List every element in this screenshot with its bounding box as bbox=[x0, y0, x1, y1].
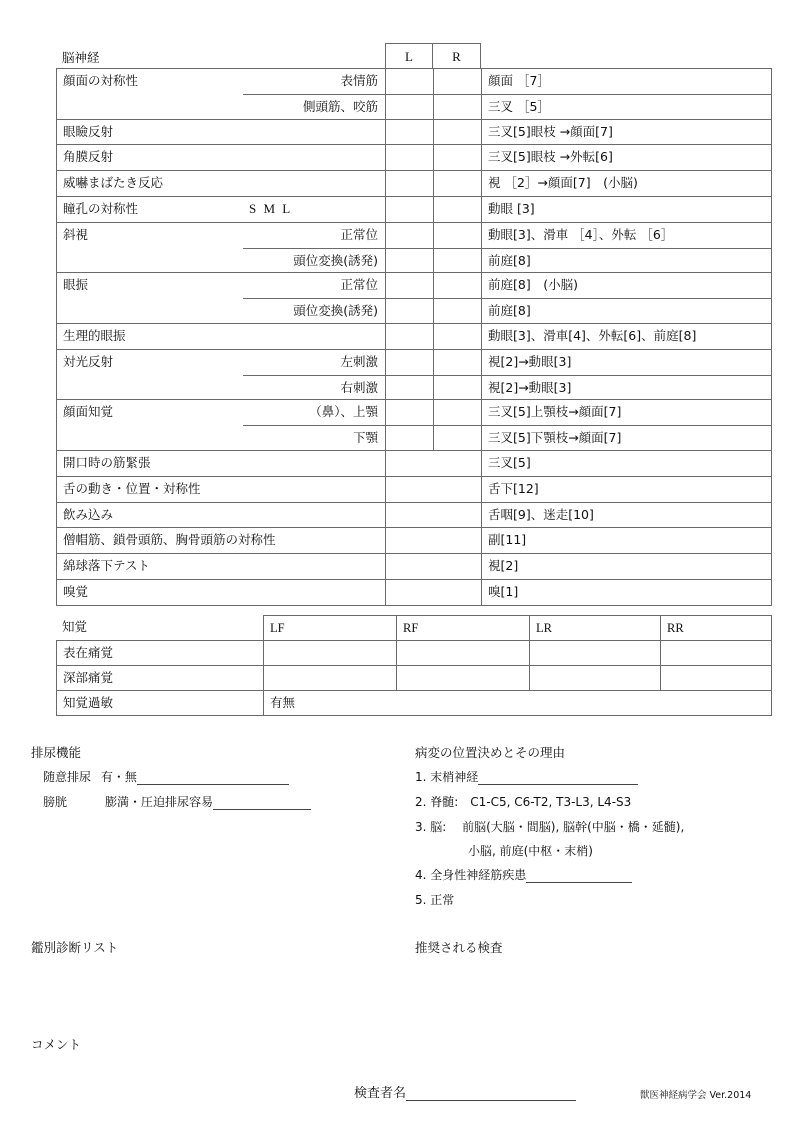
recommended-title: 推奨される検査 bbox=[415, 938, 503, 956]
result-cell-left[interactable] bbox=[385, 375, 433, 400]
nerve-note-cell: 舌下[12] bbox=[481, 477, 771, 502]
result-cell-left[interactable] bbox=[385, 223, 433, 248]
footer-credit: 獣医神経病学会 Ver.2014 bbox=[640, 1087, 751, 1101]
result-cell-left[interactable] bbox=[385, 197, 433, 222]
nerve-note-cell: 三叉[5]眼枝 →外転[6] bbox=[481, 145, 771, 170]
exam-label: 舌の動き・位置・対称性 bbox=[63, 477, 201, 501]
table-row: 瞳孔の対称性S M L動眼 [3] bbox=[57, 197, 771, 222]
exam-sub-label: 正常位 bbox=[340, 273, 378, 297]
nerve-note: 視[2]→動眼[3] bbox=[488, 376, 571, 400]
sub-label-cell: 正常位 bbox=[243, 223, 386, 248]
bladder-options[interactable]: 膨満・圧迫排尿容易 bbox=[105, 795, 213, 809]
result-cell-left[interactable] bbox=[385, 298, 433, 323]
voluntary-urination-line: 随意排尿 有・無 bbox=[43, 768, 289, 785]
column-right-header: R bbox=[432, 43, 481, 68]
table-row: 舌の動き・位置・対称性舌下[12] bbox=[57, 477, 771, 502]
exam-group: 威嚇まばたき反応視 ［2］→顔面[7] (小脳) bbox=[56, 171, 772, 197]
nerve-note: 前庭[8] bbox=[488, 249, 531, 273]
exam-group: 対光反射左刺激視[2]→動眼[3]右刺激視[2]→動眼[3] bbox=[56, 350, 772, 401]
exam-sub-label: 頭位変換(誘発) bbox=[293, 249, 378, 273]
exam-group: 生理的眼振動眼[3]、滑車[4]、外転[6]、前庭[8] bbox=[56, 324, 772, 350]
nerve-note: 動眼 [3] bbox=[488, 197, 535, 221]
exam-label: 綿球落下テスト bbox=[63, 554, 150, 578]
cell-lr[interactable] bbox=[529, 665, 660, 690]
exam-group: 開口時の筋緊張三叉[5] bbox=[56, 451, 772, 477]
exam-group: 僧帽筋、鎖骨頭筋、胸骨頭筋の対称性副[11] bbox=[56, 528, 772, 554]
exam-group: 眼振正常位前庭[8] (小脳)頭位変換(誘発)前庭[8] bbox=[56, 273, 772, 324]
result-cell-right[interactable] bbox=[433, 94, 482, 119]
bladder-line: 膀胱膨満・圧迫排尿容易 bbox=[43, 793, 311, 810]
sub-label-cell: 頭位変換(誘発) bbox=[243, 298, 386, 323]
hyperesthesia-options: 有無 bbox=[270, 691, 295, 715]
exam-label: 僧帽筋、鎖骨頭筋、胸骨頭筋の対称性 bbox=[63, 528, 276, 552]
exam-label: 飲み込み bbox=[63, 503, 113, 527]
nerve-note-cell: 前庭[8] (小脳) bbox=[481, 273, 771, 298]
result-cell-right[interactable] bbox=[433, 298, 482, 323]
result-cell-right[interactable] bbox=[433, 223, 482, 248]
table-row: 頭位変換(誘発)前庭[8] bbox=[57, 248, 771, 273]
table-row: 嗅覚嗅[1] bbox=[57, 580, 771, 605]
table-row: 僧帽筋、鎖骨頭筋、胸骨頭筋の対称性副[11] bbox=[57, 528, 771, 553]
result-cell-right[interactable] bbox=[433, 248, 482, 273]
cell-hyperesthesia[interactable]: 有無 bbox=[263, 690, 772, 716]
exam-group: 嗅覚嗅[1] bbox=[56, 580, 772, 606]
cell-rr[interactable] bbox=[660, 665, 772, 690]
exam-group: 舌の動き・位置・対称性舌下[12] bbox=[56, 477, 772, 503]
result-cell-left[interactable] bbox=[385, 69, 433, 94]
result-cell-left[interactable] bbox=[385, 350, 433, 375]
column-left-header: L bbox=[385, 43, 433, 68]
localization-item-normal[interactable]: 5. 正常 bbox=[415, 891, 454, 908]
table-row: 角膜反射三叉[5]眼枝 →外転[6] bbox=[57, 145, 771, 170]
nerve-note: 三叉[5]眼枝 →顔面[7] bbox=[488, 120, 613, 144]
table-row: 眼瞼反射三叉[5]眼枝 →顔面[7] bbox=[57, 120, 771, 145]
localization-item-brain[interactable]: 3. 脳: 前脳(大脳・間脳), 脳幹(中脳・橋・延髄), bbox=[415, 818, 684, 835]
nerve-note-cell: 三叉 ［5］ bbox=[481, 94, 771, 119]
nerve-note: 三叉[5]上顎枝→顔面[7] bbox=[488, 400, 621, 424]
exam-sub-label: 下顎 bbox=[353, 426, 378, 450]
result-cell-left[interactable] bbox=[385, 400, 433, 425]
sub-label-cell: 正常位 bbox=[243, 273, 386, 298]
table-row: 顔面知覚（鼻）、上顎三叉[5]上顎枝→顔面[7] bbox=[57, 400, 771, 425]
result-cell-lr[interactable] bbox=[385, 554, 482, 579]
exam-label: 顔面知覚 bbox=[63, 400, 113, 424]
differential-title: 鑑別診断リスト bbox=[31, 938, 118, 956]
table-row: 顔面の対称性表情筋顔面 ［7］ bbox=[57, 69, 771, 94]
exam-group: 角膜反射三叉[5]眼枝 →外転[6] bbox=[56, 145, 772, 171]
result-cell-lr[interactable] bbox=[385, 528, 482, 553]
result-cell-left[interactable] bbox=[385, 425, 433, 450]
nerve-note: 視 ［2］→顔面[7] (小脳) bbox=[488, 171, 638, 195]
result-cell-lr[interactable] bbox=[385, 503, 482, 528]
nerve-note: 舌咽[9]、迷走[10] bbox=[488, 503, 594, 527]
nerve-note: 視[2] bbox=[488, 554, 518, 578]
exam-group: 眼瞼反射三叉[5]眼枝 →顔面[7] bbox=[56, 120, 772, 146]
sub-label-cell: 左刺激 bbox=[243, 350, 386, 375]
pupil-size-options[interactable]: S M L bbox=[249, 197, 292, 221]
exam-sub-label: 左刺激 bbox=[340, 350, 378, 374]
result-cell-right[interactable] bbox=[433, 145, 482, 170]
table-row: 斜視正常位動眼[3]、滑車 ［4］、外転 ［6］ bbox=[57, 223, 771, 248]
table-row: 対光反射左刺激視[2]→動眼[3] bbox=[57, 350, 771, 375]
result-cell-right[interactable] bbox=[433, 350, 482, 375]
table-row: 綿球落下テスト視[2] bbox=[57, 554, 771, 579]
result-cell-lr[interactable] bbox=[385, 477, 482, 502]
exam-group: 瞳孔の対称性S M L動眼 [3] bbox=[56, 197, 772, 223]
nerve-note: 舌下[12] bbox=[488, 477, 539, 501]
exam-label: 威嚇まばたき反応 bbox=[63, 171, 163, 195]
nerve-note-cell: 視[2] bbox=[481, 554, 771, 579]
cell-lf[interactable] bbox=[263, 640, 396, 665]
nerve-note: 動眼[3]、滑車[4]、外転[6]、前庭[8] bbox=[488, 324, 696, 348]
exam-group: 顔面の対称性表情筋顔面 ［7］側頭筋、咬筋三叉 ［5］ bbox=[56, 68, 772, 120]
cranial-nerve-title: 脳神経 bbox=[62, 48, 100, 66]
exam-label: 眼瞼反射 bbox=[63, 120, 113, 144]
exam-group: 顔面知覚（鼻）、上顎三叉[5]上顎枝→顔面[7]下顎三叉[5]下顎枝→顔面[7] bbox=[56, 400, 772, 451]
localization-item-systemic[interactable]: 4. 全身性神経筋疾患 bbox=[415, 866, 632, 883]
exam-sub-label: 表情筋 bbox=[340, 69, 378, 93]
cell-rf[interactable] bbox=[396, 665, 529, 690]
result-cell-left[interactable] bbox=[385, 145, 433, 170]
comment-title: コメント bbox=[31, 1035, 81, 1053]
result-cell-right[interactable] bbox=[433, 197, 482, 222]
table-row: 頭位変換(誘発)前庭[8] bbox=[57, 298, 771, 323]
result-cell-left[interactable] bbox=[385, 120, 433, 145]
urination-title: 排尿機能 bbox=[31, 743, 81, 761]
table-row: 側頭筋、咬筋三叉 ［5］ bbox=[57, 94, 771, 119]
table-row: 飲み込み舌咽[9]、迷走[10] bbox=[57, 503, 771, 528]
result-cell-right[interactable] bbox=[433, 400, 482, 425]
result-cell-lr[interactable] bbox=[385, 451, 482, 476]
cranial-nerve-body: 顔面の対称性表情筋顔面 ［7］側頭筋、咬筋三叉 ［5］眼瞼反射三叉[5]眼枝 →… bbox=[56, 68, 772, 606]
table-row: 眼振正常位前庭[8] (小脳) bbox=[57, 273, 771, 298]
sensation-row-hyperesthesia: 知覚過敏 有無 bbox=[56, 690, 772, 715]
table-row: 右刺激視[2]→動眼[3] bbox=[57, 375, 771, 400]
exam-sub-label: 側頭筋、咬筋 bbox=[303, 95, 378, 119]
row-label: 深部痛覚 bbox=[63, 666, 113, 690]
nerve-note: 三叉[5] bbox=[488, 451, 531, 475]
nerve-note-cell: 三叉[5] bbox=[481, 451, 771, 476]
nerve-note: 視[2]→動眼[3] bbox=[488, 350, 571, 374]
sub-label-cell: 頭位変換(誘発) bbox=[243, 248, 386, 273]
sub-label-cell: 下顎 bbox=[243, 425, 386, 450]
exam-label: 眼振 bbox=[63, 273, 88, 297]
result-cell-right[interactable] bbox=[433, 69, 482, 94]
sub-label-cell: 側頭筋、咬筋 bbox=[243, 94, 386, 119]
nerve-note: 三叉[5]眼枝 →外転[6] bbox=[488, 145, 613, 169]
cranial-nerve-table: 脳神経 L R 顔面の対称性表情筋顔面 ［7］側頭筋、咬筋三叉 ［5］眼瞼反射三… bbox=[56, 43, 772, 606]
table-row: 威嚇まばたき反応視 ［2］→顔面[7] (小脳) bbox=[57, 171, 771, 196]
result-cell-right[interactable] bbox=[433, 425, 482, 450]
nerve-note: 三叉 ［5］ bbox=[488, 95, 550, 119]
exam-label: 対光反射 bbox=[63, 350, 113, 374]
nerve-note-cell: 視[2]→動眼[3] bbox=[481, 350, 771, 375]
examiner-line: 検査者名 bbox=[354, 1082, 576, 1101]
nerve-note-cell: 前庭[8] bbox=[481, 298, 771, 323]
sensation-table: 知覚 LF RF LR RR 表在痛覚 深部痛覚 知覚過敏 有無 bbox=[56, 615, 772, 715]
nerve-note: 副[11] bbox=[488, 528, 526, 552]
nerve-note: 嗅[1] bbox=[488, 580, 518, 604]
exam-label: 顔面の対称性 bbox=[63, 69, 138, 93]
column-lr: LR bbox=[536, 616, 552, 640]
result-cell-right[interactable] bbox=[433, 375, 482, 400]
bladder-label: 膀胱 bbox=[43, 793, 105, 810]
item-label: 1. 末梢神経 bbox=[415, 770, 478, 784]
systemic-blank[interactable] bbox=[526, 868, 632, 883]
item-label: 4. 全身性神経筋疾患 bbox=[415, 868, 526, 882]
cell-lr[interactable] bbox=[529, 640, 660, 665]
exam-sub-label: （鼻）、上顎 bbox=[309, 400, 378, 424]
exam-label: 瞳孔の対称性 bbox=[63, 197, 138, 221]
nerve-note: 動眼[3]、滑車 ［4］、外転 ［6］ bbox=[488, 223, 673, 247]
row-label: 表在痛覚 bbox=[63, 641, 113, 665]
sensation-row-deep-pain: 深部痛覚 bbox=[56, 665, 772, 690]
cranial-nerve-header: 脳神経 L R bbox=[56, 43, 772, 68]
sub-label-cell: 表情筋 bbox=[243, 69, 386, 94]
sensation-row-superficial-pain: 表在痛覚 bbox=[56, 640, 772, 665]
column-rr: RR bbox=[667, 616, 684, 640]
nerve-note-cell: 三叉[5]眼枝 →顔面[7] bbox=[481, 120, 771, 145]
nerve-note-cell: 三叉[5]上顎枝→顔面[7] bbox=[481, 400, 771, 425]
exam-group: 斜視正常位動眼[3]、滑車 ［4］、外転 ［6］頭位変換(誘発)前庭[8] bbox=[56, 223, 772, 274]
column-lf: LF bbox=[270, 616, 285, 640]
comment-area[interactable] bbox=[31, 1055, 331, 1075]
nerve-note-cell: 動眼[3]、滑車[4]、外転[6]、前庭[8] bbox=[481, 324, 771, 349]
table-row: 下顎三叉[5]下顎枝→顔面[7] bbox=[57, 425, 771, 450]
result-cell-left[interactable] bbox=[385, 171, 433, 196]
cell-rf[interactable] bbox=[396, 640, 529, 665]
nerve-note-cell: 視 ［2］→顔面[7] (小脳) bbox=[481, 171, 771, 196]
nerve-note-cell: 顔面 ［7］ bbox=[481, 69, 771, 94]
result-cell-left[interactable] bbox=[385, 273, 433, 298]
result-cell-left[interactable] bbox=[385, 94, 433, 119]
result-cell-right[interactable] bbox=[433, 120, 482, 145]
exam-group: 飲み込み舌咽[9]、迷走[10] bbox=[56, 503, 772, 529]
result-cell-lr[interactable] bbox=[385, 580, 482, 605]
examiner-label: 検査者名 bbox=[354, 1086, 406, 1101]
localization-item-spinal[interactable]: 2. 脊髄: C1-C5, C6-T2, T3-L3, L4-S3 bbox=[415, 793, 631, 810]
table-row: 生理的眼振動眼[3]、滑車[4]、外転[6]、前庭[8] bbox=[57, 324, 771, 349]
exam-sub-label: 正常位 bbox=[340, 223, 378, 247]
exam-sub-label: 右刺激 bbox=[340, 376, 378, 400]
nerve-note-cell: 舌咽[9]、迷走[10] bbox=[481, 503, 771, 528]
voluntary-urination-label: 随意排尿 bbox=[43, 770, 91, 784]
sub-label-cell: （鼻）、上顎 bbox=[243, 400, 386, 425]
exam-label: 嗅覚 bbox=[63, 580, 88, 604]
cell-lf[interactable] bbox=[263, 665, 396, 690]
exam-label: 生理的眼振 bbox=[63, 324, 126, 348]
nerve-note-cell: 副[11] bbox=[481, 528, 771, 553]
result-cell-left[interactable] bbox=[385, 248, 433, 273]
result-cell-right[interactable] bbox=[433, 273, 482, 298]
nerve-note: 前庭[8] (小脳) bbox=[488, 273, 578, 297]
sensation-title: 知覚 bbox=[62, 615, 87, 639]
nerve-note-cell: 三叉[5]下顎枝→顔面[7] bbox=[481, 425, 771, 450]
row-label: 知覚過敏 bbox=[63, 691, 113, 715]
result-cell-right[interactable] bbox=[433, 324, 482, 349]
voluntary-urination-blank[interactable] bbox=[137, 770, 289, 785]
localization-title: 病変の位置決めとその理由 bbox=[415, 743, 565, 761]
exam-label: 開口時の筋緊張 bbox=[63, 451, 151, 475]
sub-label-cell: 右刺激 bbox=[243, 375, 386, 400]
nerve-note-cell: 前庭[8] bbox=[481, 248, 771, 273]
exam-sub-label: 頭位変換(誘発) bbox=[293, 299, 378, 323]
exam-group: 綿球落下テスト視[2] bbox=[56, 554, 772, 580]
column-rf: RF bbox=[403, 616, 418, 640]
peripheral-blank[interactable] bbox=[478, 770, 638, 785]
voluntary-urination-options[interactable]: 有・無 bbox=[101, 770, 137, 784]
examiner-blank[interactable] bbox=[406, 1085, 576, 1101]
exam-label: 斜視 bbox=[63, 223, 88, 247]
nerve-note-cell: 嗅[1] bbox=[481, 580, 771, 605]
cell-rr[interactable] bbox=[660, 640, 772, 665]
recommended-area[interactable] bbox=[415, 960, 775, 1030]
differential-area[interactable] bbox=[31, 960, 391, 1030]
localization-item-brain-cont: 小脳, 前庭(中枢・末梢) bbox=[468, 842, 593, 859]
nerve-note-cell: 動眼 [3] bbox=[481, 197, 771, 222]
exam-label: 角膜反射 bbox=[63, 145, 113, 169]
bladder-blank[interactable] bbox=[213, 795, 311, 810]
nerve-note-cell: 動眼[3]、滑車 ［4］、外転 ［6］ bbox=[481, 223, 771, 248]
table-row: 開口時の筋緊張三叉[5] bbox=[57, 451, 771, 476]
nerve-note: 顔面 ［7］ bbox=[488, 69, 550, 93]
nerve-note-cell: 視[2]→動眼[3] bbox=[481, 375, 771, 400]
nerve-note: 前庭[8] bbox=[488, 299, 531, 323]
result-cell-left[interactable] bbox=[385, 324, 433, 349]
nerve-note: 三叉[5]下顎枝→顔面[7] bbox=[488, 426, 621, 450]
localization-item-peripheral[interactable]: 1. 末梢神経 bbox=[415, 768, 638, 785]
result-cell-right[interactable] bbox=[433, 171, 482, 196]
sensation-header-row: 知覚 LF RF LR RR bbox=[56, 615, 772, 640]
